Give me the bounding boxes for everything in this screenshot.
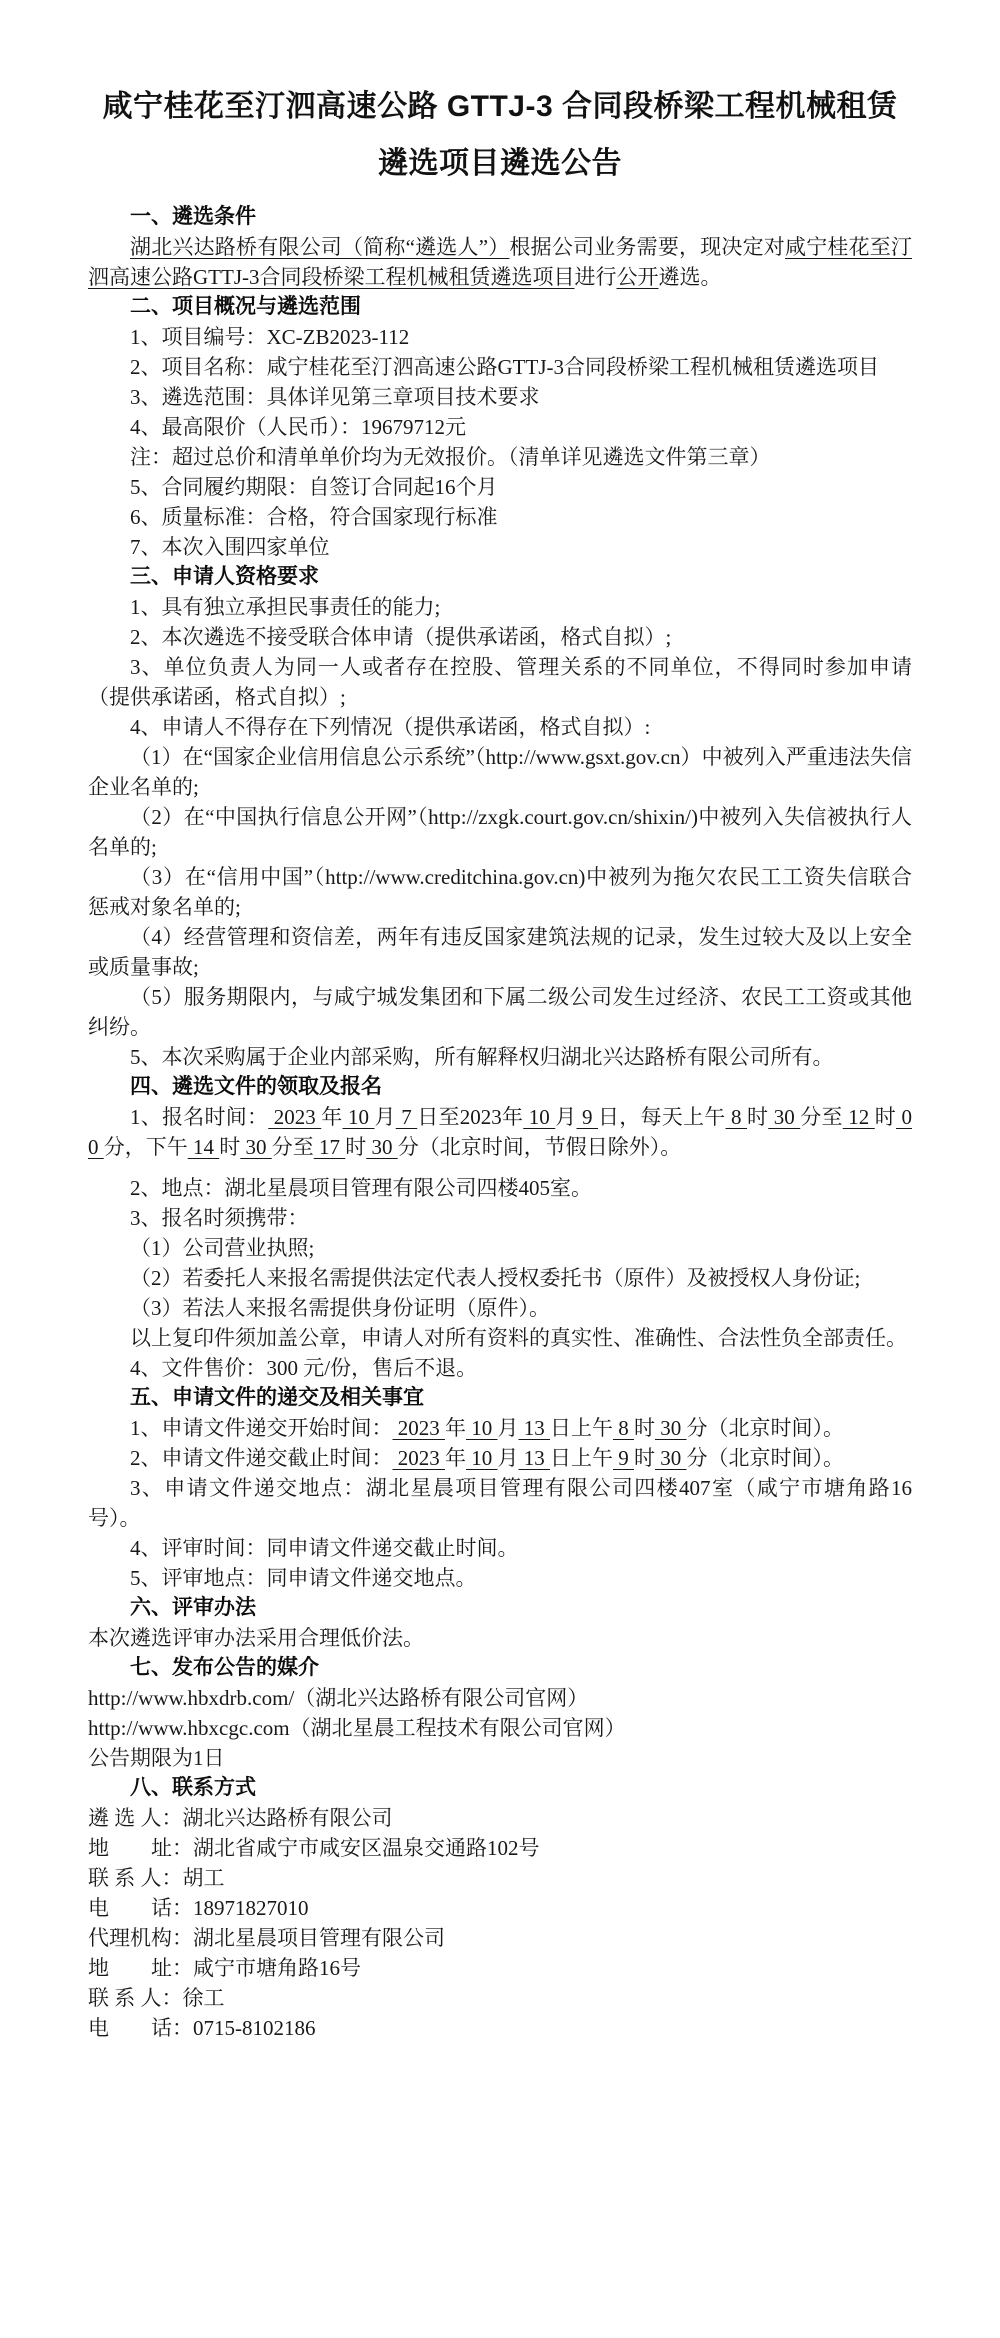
paragraph: 地 址：咸宁市塘角路16号 bbox=[88, 1953, 912, 1983]
text-run: 联 系 人：胡工 bbox=[88, 1866, 225, 1890]
paragraph: 1、具有独立承担民事责任的能力; bbox=[88, 592, 912, 622]
text-run: （3）若法人来报名需提供身份证明（原件）。 bbox=[130, 1296, 550, 1320]
text-run: 1、报名时间： bbox=[130, 1105, 268, 1129]
underlined-text: 30 bbox=[655, 1416, 687, 1440]
paragraph: 4、最高限价（人民币）：19679712元 bbox=[88, 412, 912, 442]
text-run: 4、申请人不得存在下列情况（提供承诺函，格式自拟）: bbox=[130, 715, 650, 739]
text-run: 月 bbox=[555, 1105, 576, 1129]
announcement-page: 咸宁桂花至汀泗高速公路 GTTJ-3 合同段桥梁工程机械租赁 遴选项目遴选公告 … bbox=[0, 0, 1000, 2338]
underlined-text: 30 bbox=[366, 1135, 398, 1159]
paragraph: 注：超过总价和清单单价均为无效报价。（清单详见遴选文件第三章） bbox=[88, 442, 912, 472]
paragraph: 4、评审时间：同申请文件递交截止时间。 bbox=[88, 1533, 912, 1563]
paragraph: 2、地点：湖北星晨项目管理有限公司四楼405室。 bbox=[88, 1173, 912, 1203]
document-body: 一、遴选条件湖北兴达路桥有限公司（简称“遴选人”）根据公司业务需要，现决定对咸宁… bbox=[88, 202, 912, 2043]
text-run: 2、本次遴选不接受联合体申请（提供承诺函，格式自拟）; bbox=[130, 625, 671, 649]
text-run: 分（北京时间）。 bbox=[687, 1446, 845, 1470]
text-run: 时 bbox=[875, 1105, 896, 1129]
text-run: 以上复印件须加盖公章，申请人对所有资料的真实性、准确性、合法性负全部责任。 bbox=[130, 1326, 907, 1350]
paragraph: 代理机构：湖北星晨项目管理有限公司 bbox=[88, 1923, 912, 1953]
underlined-text: 10 bbox=[523, 1105, 555, 1129]
paragraph: 公告期限为1日 bbox=[88, 1743, 912, 1773]
paragraph: 以上复印件须加盖公章，申请人对所有资料的真实性、准确性、合法性负全部责任。 bbox=[88, 1323, 912, 1353]
text-run: 地 址：湖北省咸宁市咸安区温泉交通路102号 bbox=[88, 1836, 540, 1860]
text-run: 年 bbox=[445, 1416, 466, 1440]
text-run: （2）若委托人来报名需提供法定代表人授权委托书（原件）及被授权人身份证; bbox=[130, 1266, 860, 1290]
text-run: 联 系 人：徐工 bbox=[88, 1986, 225, 2010]
underlined-text: 7 bbox=[396, 1105, 418, 1129]
underlined-text: 30 bbox=[240, 1135, 272, 1159]
underlined-text: 2023 bbox=[268, 1105, 321, 1129]
text-run: http://www.hbxdrb.com/（湖北兴达路桥有限公司官网） bbox=[88, 1686, 588, 1710]
text-run: 5、评审地点：同申请文件递交地点。 bbox=[130, 1566, 477, 1590]
text-run: 公告期限为1日 bbox=[88, 1746, 225, 1770]
underlined-text: 30 bbox=[655, 1446, 687, 1470]
paragraph: 5、本次采购属于企业内部采购，所有解释权归湖北兴达路桥有限公司所有。 bbox=[88, 1042, 912, 1072]
text-run: 时 bbox=[747, 1105, 768, 1129]
paragraph: 3、申请文件递交地点：湖北星晨项目管理有限公司四楼407室（咸宁市塘角路16号）… bbox=[88, 1473, 912, 1533]
text-run: 1、项目编号：XC-ZB2023-112 bbox=[130, 325, 409, 349]
paragraph: （3）在“信用中国”（http://www.creditchina.gov.cn… bbox=[88, 862, 912, 922]
text-run: 4、最高限价（人民币）：19679712元 bbox=[130, 415, 466, 439]
text-run: （3）在“信用中国”（http://www.creditchina.gov.cn… bbox=[88, 865, 912, 919]
title-line-2: 遴选项目遴选公告 bbox=[378, 147, 622, 180]
underlined-text: 10 bbox=[466, 1416, 498, 1440]
paragraph: 4、文件售价：300 元/份，售后不退。 bbox=[88, 1353, 912, 1383]
text-run: 代理机构：湖北星晨项目管理有限公司 bbox=[88, 1926, 445, 1950]
text-run: 6、质量标准：合格，符合国家现行标准 bbox=[130, 505, 498, 529]
text-run: 日至2023年 bbox=[417, 1105, 523, 1129]
paragraph: 5、合同履约期限：自签订合同起16个月 bbox=[88, 472, 912, 502]
text-run: 遴选。 bbox=[659, 265, 722, 289]
paragraph: 电 话：18971827010 bbox=[88, 1893, 912, 1923]
text-run: 分至 bbox=[272, 1135, 314, 1159]
paragraph: 2、本次遴选不接受联合体申请（提供承诺函，格式自拟）; bbox=[88, 622, 912, 652]
text-run: （4）经营管理和资信差，两年有违反国家建筑法规的记录，发生过较大及以上安全或质量… bbox=[88, 925, 912, 979]
section-heading: 二、项目概况与遴选范围 bbox=[88, 292, 912, 322]
text-run: 1、申请文件递交开始时间： bbox=[130, 1416, 393, 1440]
text-run: 月 bbox=[498, 1416, 519, 1440]
paragraph: http://www.hbxcgc.com（湖北星晨工程技术有限公司官网） bbox=[88, 1713, 912, 1743]
text-run: 电 话：0715-8102186 bbox=[88, 2016, 316, 2040]
text-run: （5）服务期限内，与咸宁城发集团和下属二级公司发生过经济、农民工工资或其他纠纷。 bbox=[88, 985, 912, 1039]
text-run: 年 bbox=[321, 1105, 342, 1129]
paragraph: （1）在“国家企业信用信息公示系统”（http://www.gsxt.gov.c… bbox=[88, 742, 912, 802]
document-title: 咸宁桂花至汀泗高速公路 GTTJ-3 合同段桥梁工程机械租赁 遴选项目遴选公告 bbox=[88, 78, 912, 192]
text-run: 地 址：咸宁市塘角路16号 bbox=[88, 1956, 361, 1980]
text-run: 分（北京时间，节假日除外）。 bbox=[398, 1135, 682, 1159]
underlined-text: 10 bbox=[466, 1446, 498, 1470]
paragraph: 3、报名时须携带： bbox=[88, 1203, 912, 1233]
paragraph: 5、评审地点：同申请文件递交地点。 bbox=[88, 1563, 912, 1593]
text-run: 3、遴选范围：具体详见第三章项目技术要求 bbox=[130, 385, 540, 409]
text-run: 2、项目名称：咸宁桂花至汀泗高速公路GTTJ-3合同段桥梁工程机械租赁遴选项目 bbox=[130, 355, 879, 379]
text-run: 时 bbox=[634, 1446, 655, 1470]
text-run: 3、报名时须携带： bbox=[130, 1206, 309, 1230]
paragraph: 3、单位负责人为同一人或者存在控股、管理关系的不同单位，不得同时参加申请（提供承… bbox=[88, 652, 912, 712]
text-run: 分（北京时间）。 bbox=[687, 1416, 845, 1440]
text-run: 六、评审办法 bbox=[130, 1596, 256, 1619]
section-heading: 一、遴选条件 bbox=[88, 202, 912, 232]
underlined-text: 公开 bbox=[617, 265, 659, 289]
paragraph: 6、质量标准：合格，符合国家现行标准 bbox=[88, 502, 912, 532]
paragraph: 4、申请人不得存在下列情况（提供承诺函，格式自拟）: bbox=[88, 712, 912, 742]
text-run: 5、合同履约期限：自签订合同起16个月 bbox=[130, 475, 498, 499]
paragraph: （5）服务期限内，与咸宁城发集团和下属二级公司发生过经济、农民工工资或其他纠纷。 bbox=[88, 982, 912, 1042]
underlined-text: 13 bbox=[519, 1446, 551, 1470]
text-run: 3、申请文件递交地点：湖北星晨项目管理有限公司四楼407室（咸宁市塘角路16号）… bbox=[88, 1476, 912, 1530]
text-run: 日上午 bbox=[550, 1446, 613, 1470]
paragraph: （2）在“中国执行信息公开网”（http://zxgk.court.gov.cn… bbox=[88, 802, 912, 862]
paragraph: http://www.hbxdrb.com/（湖北兴达路桥有限公司官网） bbox=[88, 1683, 912, 1713]
underlined-text: 30 bbox=[768, 1105, 800, 1129]
underlined-text: 17 bbox=[314, 1135, 346, 1159]
text-run: 4、文件售价：300 元/份，售后不退。 bbox=[130, 1356, 477, 1380]
text-run: 五、申请文件的递交及相关事宜 bbox=[130, 1386, 424, 1409]
underlined-text: 8 bbox=[726, 1105, 748, 1129]
underlined-text: 12 bbox=[843, 1105, 875, 1129]
text-run: 月 bbox=[375, 1105, 396, 1129]
text-run: 5、本次采购属于企业内部采购，所有解释权归湖北兴达路桥有限公司所有。 bbox=[130, 1045, 834, 1069]
text-run: 时 bbox=[345, 1135, 366, 1159]
text-run: 本次遴选评审办法采用合理低价法。 bbox=[88, 1626, 424, 1650]
text-run: （2）在“中国执行信息公开网”（http://zxgk.court.gov.cn… bbox=[88, 805, 912, 859]
text-run: 三、申请人资格要求 bbox=[130, 565, 319, 588]
paragraph: 2、项目名称：咸宁桂花至汀泗高速公路GTTJ-3合同段桥梁工程机械租赁遴选项目 bbox=[88, 352, 912, 382]
section-heading: 四、遴选文件的领取及报名 bbox=[88, 1072, 912, 1102]
paragraph: 联 系 人：徐工 bbox=[88, 1983, 912, 2013]
paragraph: （1）公司营业执照; bbox=[88, 1233, 912, 1263]
text-run: 4、评审时间：同申请文件递交截止时间。 bbox=[130, 1536, 519, 1560]
paragraph: 1、项目编号：XC-ZB2023-112 bbox=[88, 322, 912, 352]
paragraph: （3）若法人来报名需提供身份证明（原件）。 bbox=[88, 1293, 912, 1323]
text-run: 3、单位负责人为同一人或者存在控股、管理关系的不同单位，不得同时参加申请（提供承… bbox=[88, 655, 912, 709]
underlined-text: 2023 bbox=[393, 1446, 446, 1470]
text-run: 2、地点：湖北星晨项目管理有限公司四楼405室。 bbox=[130, 1176, 592, 1200]
text-run: 日上午 bbox=[550, 1416, 613, 1440]
underlined-text: 9 bbox=[577, 1105, 599, 1129]
text-run: （1）公司营业执照; bbox=[130, 1236, 314, 1260]
underlined-text: 13 bbox=[519, 1416, 551, 1440]
text-run: （1）在“国家企业信用信息公示系统”（http://www.gsxt.gov.c… bbox=[88, 745, 912, 799]
underlined-text: 2023 bbox=[393, 1416, 446, 1440]
paragraph: （4）经营管理和资信差，两年有违反国家建筑法规的记录，发生过较大及以上安全或质量… bbox=[88, 922, 912, 982]
text-run: 时 bbox=[219, 1135, 240, 1159]
paragraph: 2、申请文件递交截止时间： 2023 年 10 月 13 日上午 9 时 30 … bbox=[88, 1443, 912, 1473]
paragraph: 本次遴选评审办法采用合理低价法。 bbox=[88, 1623, 912, 1653]
text-run: 二、项目概况与遴选范围 bbox=[130, 295, 361, 318]
text-run: 一、遴选条件 bbox=[130, 205, 256, 228]
paragraph: 遴 选 人：湖北兴达路桥有限公司 bbox=[88, 1803, 912, 1833]
paragraph: 联 系 人：胡工 bbox=[88, 1863, 912, 1893]
text-run: 月 bbox=[498, 1446, 519, 1470]
text-run: 电 话：18971827010 bbox=[88, 1896, 309, 1920]
underlined-text: 湖北兴达路桥有限公司（简称“遴选人”） bbox=[130, 235, 509, 259]
section-heading: 五、申请文件的递交及相关事宜 bbox=[88, 1383, 912, 1413]
paragraph: 电 话：0715-8102186 bbox=[88, 2013, 912, 2043]
underlined-text: 10 bbox=[343, 1105, 375, 1129]
title-line-1: 咸宁桂花至汀泗高速公路 GTTJ-3 合同段桥梁工程机械租赁 bbox=[102, 90, 897, 123]
text-run: 分至 bbox=[800, 1105, 843, 1129]
section-heading: 三、申请人资格要求 bbox=[88, 562, 912, 592]
section-heading: 八、联系方式 bbox=[88, 1773, 912, 1803]
text-run: 分，下午 bbox=[104, 1135, 188, 1159]
paragraph: 湖北兴达路桥有限公司（简称“遴选人”）根据公司业务需要，现决定对咸宁桂花至汀泗高… bbox=[88, 232, 912, 292]
paragraph: 地 址：湖北省咸宁市咸安区温泉交通路102号 bbox=[88, 1833, 912, 1863]
underlined-text: 9 bbox=[613, 1446, 634, 1470]
text-run: 进行 bbox=[575, 265, 617, 289]
paragraph: 3、遴选范围：具体详见第三章项目技术要求 bbox=[88, 382, 912, 412]
text-run: 1、具有独立承担民事责任的能力; bbox=[130, 595, 440, 619]
text-run: 注：超过总价和清单单价均为无效报价。（清单详见遴选文件第三章） bbox=[130, 445, 771, 469]
section-heading: 七、发布公告的媒介 bbox=[88, 1653, 912, 1683]
text-run: 日，每天上午 bbox=[598, 1105, 726, 1129]
paragraph: 1、申请文件递交开始时间： 2023 年 10 月 13 日上午 8 时 30 … bbox=[88, 1413, 912, 1443]
underlined-text: 14 bbox=[188, 1135, 220, 1159]
underlined-text: 8 bbox=[613, 1416, 634, 1440]
text-run: 时 bbox=[634, 1416, 655, 1440]
text-run: 七、发布公告的媒介 bbox=[130, 1656, 319, 1679]
text-run: http://www.hbxcgc.com（湖北星晨工程技术有限公司官网） bbox=[88, 1716, 626, 1740]
text-run: 7、本次入围四家单位 bbox=[130, 535, 330, 559]
text-run: 遴 选 人：湖北兴达路桥有限公司 bbox=[88, 1806, 393, 1830]
paragraph: 1、报名时间： 2023 年 10 月 7 日至2023年 10 月 9 日，每… bbox=[88, 1102, 912, 1162]
section-heading: 六、评审办法 bbox=[88, 1593, 912, 1623]
text-run: 八、联系方式 bbox=[130, 1776, 256, 1799]
text-run: 2、申请文件递交截止时间： bbox=[130, 1446, 393, 1470]
paragraph: 7、本次入围四家单位 bbox=[88, 532, 912, 562]
text-run: 四、遴选文件的领取及报名 bbox=[130, 1075, 382, 1098]
paragraph: （2）若委托人来报名需提供法定代表人授权委托书（原件）及被授权人身份证; bbox=[88, 1263, 912, 1293]
text-run: 年 bbox=[445, 1446, 466, 1470]
text-run: 根据公司业务需要，现决定对 bbox=[509, 235, 785, 259]
